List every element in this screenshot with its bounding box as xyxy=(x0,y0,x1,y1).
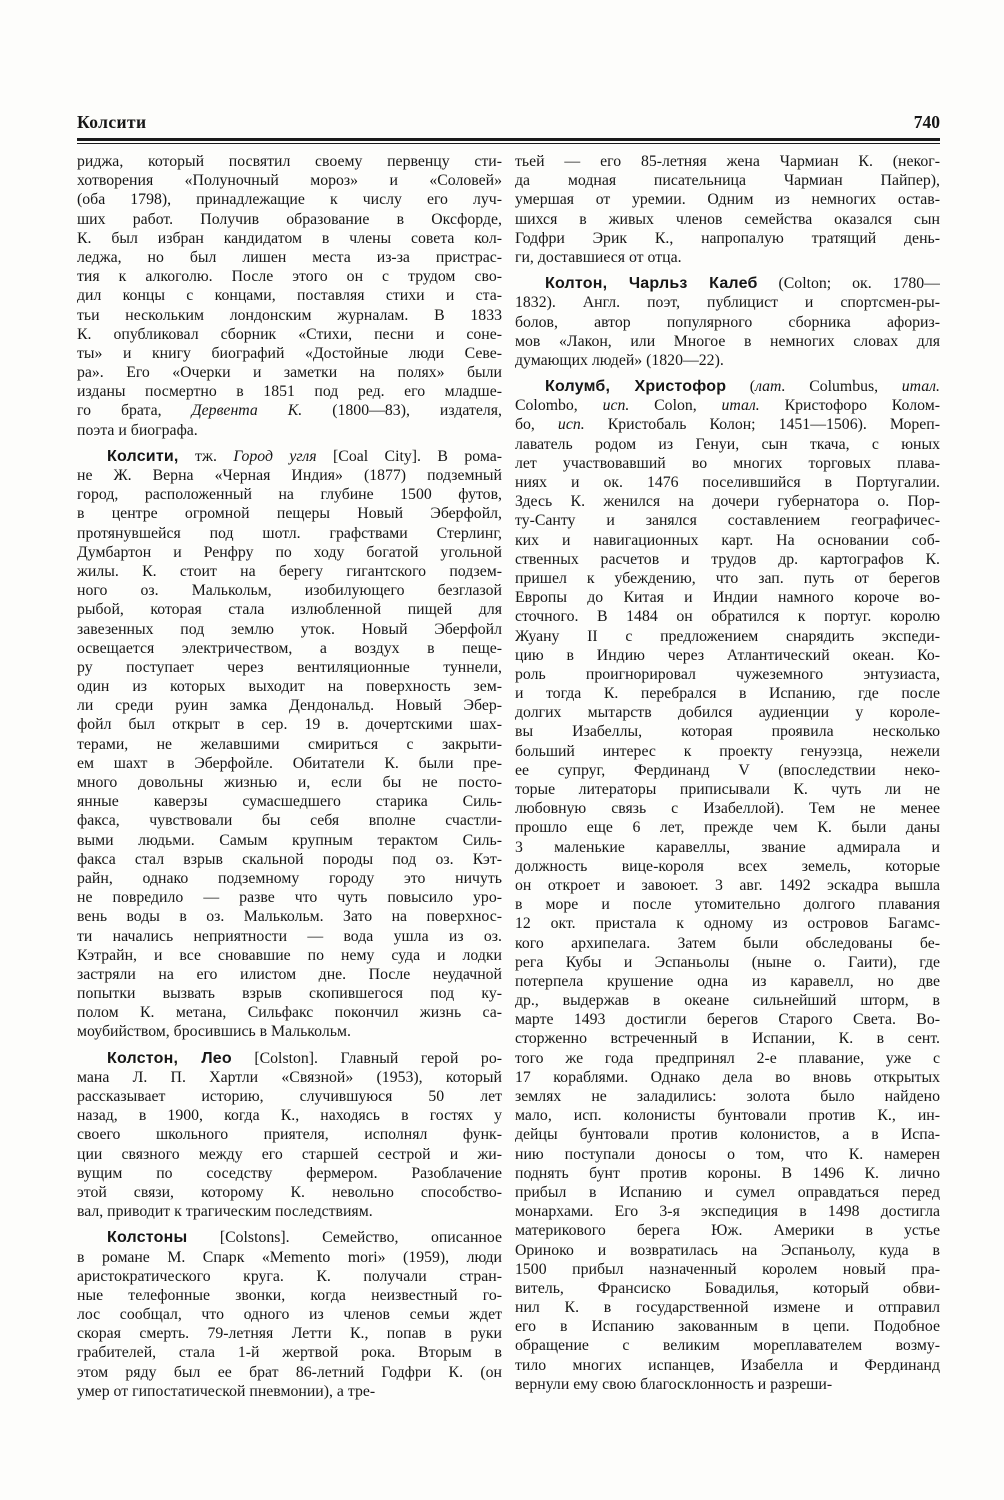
entry-paragraph: Колумб, Христофор (лат. Columbus, итал.C… xyxy=(515,377,940,1394)
text-run: дейцы бунтовали против колонистов, а в И… xyxy=(515,1126,940,1143)
italic-run: исп. xyxy=(558,416,585,433)
text-run: (1800—83), издателя, xyxy=(302,402,502,419)
text-run: думающих людей» (1820—22). xyxy=(515,352,724,369)
text-run: ( xyxy=(726,378,755,395)
text-run: мана Л. П. Хартли «Связной» (1953), кото… xyxy=(77,1069,502,1086)
entry-paragraph: Колтон, Чарльз Калеб (Colton; ок. 1780—1… xyxy=(515,274,940,370)
text-line: и тогда К. перебрался в Испанию, где пос… xyxy=(515,684,940,703)
text-run: сточного. В 1484 он обратился к португ. … xyxy=(515,608,940,625)
text-run: Европы до Китая и Индии намного короче в… xyxy=(515,589,940,606)
text-run: он откроет и завоюет. 3 авг. 1492 эскадр… xyxy=(515,877,940,894)
text-line: тьей — его 85-летняя жена Чармиан К. (не… xyxy=(515,152,940,171)
text-run: терами, не желавшими смириться с закрыти… xyxy=(77,736,502,753)
text-run: др., выдержав в океане сильнейший шторм,… xyxy=(515,992,940,1009)
text-run: ту-Санту и занялся составлением географи… xyxy=(515,512,940,529)
text-run: того же года предпринял 2-е плавание, уж… xyxy=(515,1050,940,1067)
text-run: этой связи, которому К. невольно способс… xyxy=(77,1184,502,1201)
text-line: выми людьми. Самым крупным терактом Силь… xyxy=(77,831,502,850)
text-run: янные каверзы сумасшедшего старика Силь- xyxy=(77,793,502,810)
text-run: Здесь К. женился на дочери губернатора о… xyxy=(515,493,940,510)
text-run: дил концы с концами, поставляя стихи и с… xyxy=(77,287,502,304)
text-line: больший интерес к проекту генуэзца, неже… xyxy=(515,742,940,761)
text-line: город, расположенный на глубине 1500 фут… xyxy=(77,485,502,504)
text-line: марте 1493 достигли берегов Старого Свет… xyxy=(515,1010,940,1029)
text-line: полом К. метана, Сильфакс покончил жизнь… xyxy=(77,1003,502,1022)
text-line: лет участвовавший во многих торговых пла… xyxy=(515,454,940,473)
text-line: (оба 1798), принадлежащие к числу его лу… xyxy=(77,190,502,209)
text-run: шихся в живых членов семейства оказался … xyxy=(515,211,940,228)
text-line: роль проигнорировал чужеземного энтузиас… xyxy=(515,665,940,684)
text-line: попытки вызвать взрыв скопившегося под к… xyxy=(77,984,502,1003)
text-run: не Ж. Верна «Черная Индия» (1877) подзем… xyxy=(77,467,502,484)
text-run: нию поступали доносы о том, что К. намер… xyxy=(515,1146,940,1163)
text-line: фойл был открыт в сер. 19 в. дочертскими… xyxy=(77,715,502,734)
text-line: лаватель родом из Генуи, сын ткача, с юн… xyxy=(515,435,940,454)
text-run: райн, однако подземному городу это ничут… xyxy=(77,870,502,887)
text-line: янные каверзы сумасшедшего старика Силь- xyxy=(77,792,502,811)
text-run: Кристобаль Колон; 1451—1506). Мореп- xyxy=(585,416,940,433)
text-line: вал, приводит к трагическим последствиям… xyxy=(77,1202,502,1221)
text-line: протянувшейся под шотл. графствами Стерл… xyxy=(77,524,502,543)
text-line: факса стал взрыв скальной породы под оз.… xyxy=(77,850,502,869)
text-run: монархами. Его 3-я экспедиция в 1498 дос… xyxy=(515,1203,940,1220)
text-run: торые литераторы приписывали К. чуть ли … xyxy=(515,781,940,798)
text-run: протянувшейся под шотл. графствами Стерл… xyxy=(77,525,502,542)
text-run: Colombo, xyxy=(515,397,603,414)
page-number: 740 xyxy=(914,112,940,133)
italic-run: итал. xyxy=(902,378,940,395)
entry-paragraph: Колстоны [Colstons]. Семейство, описанно… xyxy=(77,1228,502,1401)
text-run: ем шахт в Эберфойле. Обитатели К. были п… xyxy=(77,755,502,772)
text-line: думающих людей» (1820—22). xyxy=(515,351,940,370)
text-line: умершая от уремии. Одним из немногих ост… xyxy=(515,190,940,209)
text-run: тия к алкоголю. После этого он с трудом … xyxy=(77,268,502,285)
text-line: 12 окт. пристала к одному из островов Ба… xyxy=(515,914,940,933)
text-line: да модная писательница Чармиан Пайпер), xyxy=(515,171,940,190)
entry-headword: Колстон, Лео xyxy=(107,1050,232,1067)
italic-run: исп. xyxy=(603,397,630,414)
text-run: поэта и биографа. xyxy=(77,422,198,439)
text-run: вень воды в оз. Малькольм. Зато на повер… xyxy=(77,908,502,925)
text-line: дейцы бунтовали против колонистов, а в И… xyxy=(515,1125,940,1144)
text-run: лет участвовавший во многих торговых пла… xyxy=(515,455,940,472)
italic-run: итал. xyxy=(722,397,760,414)
text-run: фойл был открыт в сер. 19 в. дочертскими… xyxy=(77,716,502,733)
text-line: ли среди руин замка Дендональд. Новый Эб… xyxy=(77,696,502,715)
text-run: мов «Лакон, или Многое в немногих словах… xyxy=(515,333,940,350)
text-line: того же года предпринял 2-е плавание, уж… xyxy=(515,1049,940,1068)
text-run: грабителей, стала 1-й жертвой рока. Втор… xyxy=(77,1344,502,1361)
text-line: вущим по соседству фермером. Разоблачени… xyxy=(77,1164,502,1183)
text-run: тило многих испанцев, Изабелла и Фердина… xyxy=(515,1357,940,1374)
text-run: в море и после утомительно долгого плава… xyxy=(515,896,940,913)
text-line: ты» и книгу биографий «Достойные люди Се… xyxy=(77,344,502,363)
text-line: Годфри Эрик К., напропалую тратящий день… xyxy=(515,229,940,248)
text-run: аристократического круга. К. получали ст… xyxy=(77,1268,502,1285)
text-line: Думбартон и Ренфру по ходу богатой уголь… xyxy=(77,543,502,562)
text-line: Кэтрайн, и все сновавшие по нему суда и … xyxy=(77,946,502,965)
text-run: материкового берега Юж. Америки в устье xyxy=(515,1222,940,1239)
text-run: Кристофоро Колом- xyxy=(760,397,940,414)
text-line: нил К. в государственной измене и отправ… xyxy=(515,1298,940,1317)
text-line: Жуану II с предложением снарядить экспед… xyxy=(515,627,940,646)
text-run: ниях и ок. 1476 поселившийся в Португали… xyxy=(515,474,940,491)
text-line: Колстоны [Colstons]. Семейство, описанно… xyxy=(77,1228,502,1247)
text-run: моубийством, бросившись в Малькольм. xyxy=(77,1023,351,1040)
text-line: Колумб, Христофор (лат. Columbus, итал. xyxy=(515,377,940,396)
text-line: вы Изабеллы, которая проявила несколько xyxy=(515,722,940,741)
text-run: [Colstons]. Семейство, описанное xyxy=(187,1229,502,1246)
text-run: [Coal City]. В рома- xyxy=(317,448,502,465)
text-line: К. был избран кандидатом в члены совета … xyxy=(77,229,502,248)
text-run: назад, в 1900, когда К., находясь в гост… xyxy=(77,1107,502,1124)
text-line: лос сообщал, что одного из членов семьи … xyxy=(77,1305,502,1324)
italic-run: Дервента К. xyxy=(192,402,303,419)
text-line: хотворения «Полуночный мороз» и «Соловей… xyxy=(77,171,502,190)
text-line: ее супруг, Фердинанд V (впоследствии нек… xyxy=(515,761,940,780)
text-run: лос сообщал, что одного из членов семьи … xyxy=(77,1306,502,1323)
text-line: потерпела крушение одна из каравелл, но … xyxy=(515,972,940,991)
text-run: ших работ. Получив образование в Оксфорд… xyxy=(77,211,502,228)
text-line: цию в Индию через Атлантический океан. К… xyxy=(515,646,940,665)
text-line: не повредило — разве что чуть повысило у… xyxy=(77,888,502,907)
text-line: в море и после утомительно долгого плава… xyxy=(515,895,940,914)
text-run: больший интерес к проекту генуэзца, неже… xyxy=(515,743,940,760)
text-line: болов, автор популярного сборника афориз… xyxy=(515,313,940,332)
entry-headword: Колсити, xyxy=(107,448,179,465)
text-line: др., выдержав в океане сильнейший шторм,… xyxy=(515,991,940,1010)
text-run: вущим по соседству фермером. Разоблачени… xyxy=(77,1165,502,1182)
header-rule xyxy=(77,138,940,144)
text-run: факса, чувствовали бы себя вполне счастл… xyxy=(77,812,502,829)
text-line: ти начались неприятности — вода ушла из … xyxy=(77,927,502,946)
text-run: рыбой, которая стала излюбленной пищей д… xyxy=(77,601,502,618)
text-run: леджа, но был лишен места из-за пристрас… xyxy=(77,249,502,266)
text-columns: риджа, который посвятил своему первенцу … xyxy=(77,152,940,1401)
text-run: цию в Индию через Атлантический океан. К… xyxy=(515,647,940,664)
text-line: мов «Лакон, или Многое в немногих словах… xyxy=(515,332,940,351)
text-run: факса стал взрыв скальной породы под оз.… xyxy=(77,851,502,868)
text-line: Колсити, тж. Город угля [Coal City]. В р… xyxy=(77,447,502,466)
text-run: да модная писательница Чармиан Пайпер), xyxy=(515,172,940,189)
text-run: этом ряду был ее брат 86-летний Годфри К… xyxy=(77,1364,502,1381)
text-run: 12 окт. пристала к одному из островов Ба… xyxy=(515,915,940,932)
text-run: го брата, xyxy=(77,402,192,419)
text-run: Ориноко и возвратилась на Эспаньолу, куд… xyxy=(515,1242,940,1259)
running-title: Колсити xyxy=(77,112,147,133)
text-run: умер от гипостатической пневмонии), а тр… xyxy=(77,1383,375,1400)
text-line: 1500 прибыл назначенный королем новый пр… xyxy=(515,1260,940,1279)
text-line: дил концы с концами, поставляя стихи и с… xyxy=(77,286,502,305)
text-run: обращение с великим мореплавателем возму… xyxy=(515,1337,940,1354)
encyclopedia-page: Колсити 740 риджа, который посвятил свое… xyxy=(0,0,1004,1500)
text-line: сторженно встреченный в Испании, К. в се… xyxy=(515,1029,940,1048)
text-line: жилы. К. стоит на берегу гигантского под… xyxy=(77,562,502,581)
text-line: прибыл в Испанию и сумел оправдаться пер… xyxy=(515,1183,940,1202)
text-line: шихся в живых членов семейства оказался … xyxy=(515,210,940,229)
text-line: любовную связь с Изабеллой). Тем не мене… xyxy=(515,799,940,818)
text-run: К. опубликовал сборник «Стихи, песни и с… xyxy=(77,326,502,343)
text-line: ших работ. Получив образование в Оксфорд… xyxy=(77,210,502,229)
text-run: много довольны жизнью и, если бы не пост… xyxy=(77,774,502,791)
text-line: витель, Франсиско Бовадилья, который обв… xyxy=(515,1279,940,1298)
entry-headword: Колумб, Христофор xyxy=(545,378,726,395)
text-run: в центре огромной пещеры Новый Эберфойл, xyxy=(77,505,502,522)
text-run: ру поступает через вентиляционные туннел… xyxy=(77,659,502,676)
text-run: пришел к убеждению, что зап. путь от бер… xyxy=(515,570,940,587)
text-line: К. опубликовал сборник «Стихи, песни и с… xyxy=(77,325,502,344)
text-line: изданы посмертно в 1851 под ред. его мла… xyxy=(77,382,502,401)
text-run: ли среди руин замка Дендональд. Новый Эб… xyxy=(77,697,502,714)
entry-paragraph: Колсити, тж. Город угля [Coal City]. В р… xyxy=(77,447,502,1042)
text-line: факса, чувствовали бы себя вполне счастл… xyxy=(77,811,502,830)
text-run: поднять бунт против короны. В 1496 К. ли… xyxy=(515,1165,940,1182)
text-line: пришел к убеждению, что зап. путь от бер… xyxy=(515,569,940,588)
text-line: в центре огромной пещеры Новый Эберфойл, xyxy=(77,504,502,523)
text-run: хотворения «Полуночный мороз» и «Соловей… xyxy=(77,172,502,189)
text-run: сторженно встреченный в Испании, К. в се… xyxy=(515,1030,940,1047)
text-line: материкового берега Юж. Америки в устье xyxy=(515,1221,940,1240)
text-run: и тогда К. перебрался в Испанию, где пос… xyxy=(515,685,940,702)
text-line: вень воды в оз. Малькольм. Зато на повер… xyxy=(77,907,502,926)
text-line: бо, исп. Кристобаль Колон; 1451—1506). М… xyxy=(515,415,940,434)
text-line: тило многих испанцев, Изабелла и Фердина… xyxy=(515,1356,940,1375)
entry-headword: Колстоны xyxy=(107,1229,187,1246)
text-line: моубийством, бросившись в Малькольм. xyxy=(77,1022,502,1041)
text-run: тьей — его 85-летняя жена Чармиан К. (не… xyxy=(515,153,940,170)
text-line: Колстон, Лео [Colston]. Главный герой ро… xyxy=(77,1049,502,1068)
text-line: ру поступает через вентиляционные туннел… xyxy=(77,658,502,677)
text-run: ее супруг, Фердинанд V (впоследствии нек… xyxy=(515,762,940,779)
text-run: болов, автор популярного сборника афориз… xyxy=(515,314,940,331)
text-run: своего школьного приятеля, исполнял функ… xyxy=(77,1126,502,1143)
text-line: рассказывает историю, случившуюся 50 лет xyxy=(77,1087,502,1106)
text-run: любовную связь с Изабеллой). Тем не мене… xyxy=(515,800,940,817)
text-line: он откроет и завоюет. 3 авг. 1492 эскадр… xyxy=(515,876,940,895)
text-line: ции связного между его старшей сестрой и… xyxy=(77,1145,502,1164)
text-line: кого архипелага. Затем были обследованы … xyxy=(515,934,940,953)
text-line: прошло еще 6 лет, прежде чем К. были дан… xyxy=(515,818,940,837)
text-run: ные телефонные звонки, когда неизвестный… xyxy=(77,1287,502,1304)
text-line: ту-Санту и занялся составлением географи… xyxy=(515,511,940,530)
text-run: (оба 1798), принадлежащие к числу его лу… xyxy=(77,191,502,208)
text-run: ких и навигационных карт. На основании с… xyxy=(515,532,940,549)
text-run: прошло еще 6 лет, прежде чем К. были дан… xyxy=(515,819,940,836)
text-line: 1832). Англ. поэт, публицист и спортсмен… xyxy=(515,293,940,312)
text-run: 3 маленькие каравеллы, звание адмирала и xyxy=(515,839,940,856)
text-run: ты» и книгу биографий «Достойные люди Се… xyxy=(77,345,502,362)
text-line: ного оз. Малькольм, изобилующего безглаз… xyxy=(77,581,502,600)
text-run: (Colton; ок. 1780— xyxy=(758,275,940,292)
text-run: должность вице-короля всех земель, котор… xyxy=(515,858,940,875)
text-line: ра». Его «Очерки и заметки на полях» был… xyxy=(77,363,502,382)
text-line: в романе М. Спарк «Memento mori» (1959),… xyxy=(77,1248,502,1267)
text-run: попытки вызвать взрыв скопившегося под к… xyxy=(77,985,502,1002)
text-line: го брата, Дервента К. (1800—83), издател… xyxy=(77,401,502,420)
text-run: Кэтрайн, и все сновавшие по нему суда и … xyxy=(77,947,502,964)
text-line: Здесь К. женился на дочери губернатора о… xyxy=(515,492,940,511)
text-run: Columbus, xyxy=(786,378,902,395)
text-line: Европы до Китая и Индии намного короче в… xyxy=(515,588,940,607)
text-run: ги, доставшиеся от отца. xyxy=(515,249,682,266)
text-run: не повредило — разве что чуть повысило у… xyxy=(77,889,502,906)
text-line: этом ряду был ее брат 86-летний Годфри К… xyxy=(77,1363,502,1382)
text-run: 17 кораблями. Однако дела во вновь откры… xyxy=(515,1069,940,1086)
text-run: Годфри Эрик К., напропалую тратящий день… xyxy=(515,230,940,247)
text-run: К. был избран кандидатом в члены совета … xyxy=(77,230,502,247)
entry-headword: Колтон, Чарльз Калеб xyxy=(545,275,758,292)
text-run: вы Изабеллы, которая проявила несколько xyxy=(515,723,940,740)
text-line: грабителей, стала 1-й жертвой рока. Втор… xyxy=(77,1343,502,1362)
text-line: поднять бунт против короны. В 1496 К. ли… xyxy=(515,1164,940,1183)
text-run: прибыл в Испанию и сумел оправдаться пер… xyxy=(515,1184,940,1201)
text-run: рассказывает историю, случившуюся 50 лет xyxy=(77,1088,502,1105)
italic-run: лат. xyxy=(755,378,786,395)
text-line: леджа, но был лишен места из-за пристрас… xyxy=(77,248,502,267)
text-run: потерпела крушение одна из каравелл, но … xyxy=(515,973,940,990)
text-run: ного оз. Малькольм, изобилующего безглаз… xyxy=(77,582,502,599)
text-run: роль проигнорировал чужеземного энтузиас… xyxy=(515,666,940,683)
text-run: ции связного между его старшей сестрой и… xyxy=(77,1146,502,1163)
text-line: торые литераторы приписывали К. чуть ли … xyxy=(515,780,940,799)
text-line: ем шахт в Эберфойле. Обитатели К. были п… xyxy=(77,754,502,773)
entry-paragraph: Колстон, Лео [Colston]. Главный герой ро… xyxy=(77,1049,502,1222)
text-line: ниях и ок. 1476 поселившийся в Португали… xyxy=(515,473,940,492)
text-line: Колтон, Чарльз Калеб (Colton; ок. 1780— xyxy=(515,274,940,293)
text-line: скорая смерть. 79-летняя Летти К., попав… xyxy=(77,1324,502,1343)
text-run: Colon, xyxy=(629,397,721,414)
text-line: Colombo, исп. Colon, итал. Кристофоро Ко… xyxy=(515,396,940,415)
text-line: аристократического круга. К. получали ст… xyxy=(77,1267,502,1286)
text-line: 17 кораблями. Однако дела во вновь откры… xyxy=(515,1068,940,1087)
text-run: [Colston]. Главный герой ро- xyxy=(232,1050,502,1067)
text-run: ственных расчетов и трудов др. картограф… xyxy=(515,551,940,568)
text-line: терами, не желавшими смириться с закрыти… xyxy=(77,735,502,754)
text-run: освещается электричеством, а воздух в пе… xyxy=(77,640,502,657)
text-run: застряли на его илистом дне. После неуда… xyxy=(77,966,502,983)
text-line: риджа, который посвятил своему первенцу … xyxy=(77,152,502,171)
text-run: ра». Его «Очерки и заметки на полях» был… xyxy=(77,364,502,381)
text-line: его в Испанию закованным в цепи. Подобно… xyxy=(515,1317,940,1336)
text-run: риджа, который посвятил своему первенцу … xyxy=(77,153,502,170)
text-line: ственных расчетов и трудов др. картограф… xyxy=(515,550,940,569)
text-line: ные телефонные звонки, когда неизвестный… xyxy=(77,1286,502,1305)
text-run: жилы. К. стоит на берегу гигантского под… xyxy=(77,563,502,580)
right-column: тьей — его 85-летняя жена Чармиан К. (не… xyxy=(515,152,940,1401)
text-run: марте 1493 достигли берегов Старого Свет… xyxy=(515,1011,940,1028)
text-run: город, расположенный на глубине 1500 фут… xyxy=(77,486,502,503)
text-line: обращение с великим мореплавателем возму… xyxy=(515,1336,940,1355)
text-line: тьи нескольким лондонским журналам. В 18… xyxy=(77,306,502,325)
text-line: много довольны жизнью и, если бы не пост… xyxy=(77,773,502,792)
text-line: землях не заладились: золота было найден… xyxy=(515,1087,940,1106)
text-line: 3 маленькие каравеллы, звание адмирала и xyxy=(515,838,940,857)
text-line: нию поступали доносы о том, что К. намер… xyxy=(515,1145,940,1164)
text-line: ги, доставшиеся от отца. xyxy=(515,248,940,267)
text-run: умершая от уремии. Одним из немногих ост… xyxy=(515,191,940,208)
text-line: своего школьного приятеля, исполнял функ… xyxy=(77,1125,502,1144)
text-run: его в Испанию закованным в цепи. Подобно… xyxy=(515,1318,940,1335)
text-run: 1832). Англ. поэт, публицист и спортсмен… xyxy=(515,294,940,311)
text-line: освещается электричеством, а воздух в пе… xyxy=(77,639,502,658)
text-run: лаватель родом из Генуи, сын ткача, с юн… xyxy=(515,436,940,453)
text-line: застряли на его илистом дне. После неуда… xyxy=(77,965,502,984)
text-line: поэта и биографа. xyxy=(77,421,502,440)
entry-paragraph: тьей — его 85-летняя жена Чармиан К. (не… xyxy=(515,152,940,267)
text-run: кого архипелага. Затем были обследованы … xyxy=(515,935,940,952)
text-line: завезенных под землю уток. Новый Эберфой… xyxy=(77,620,502,639)
text-run: 1500 прибыл назначенный королем новый пр… xyxy=(515,1261,940,1278)
text-run: изданы посмертно в 1851 под ред. его мла… xyxy=(77,383,502,400)
text-run: Жуану II с предложением снарядить экспед… xyxy=(515,628,940,645)
text-line: монархами. Его 3-я экспедиция в 1498 дос… xyxy=(515,1202,940,1221)
left-column: риджа, который посвятил своему первенцу … xyxy=(77,152,502,1401)
text-line: сточного. В 1484 он обратился к португ. … xyxy=(515,607,940,626)
text-run: тьи нескольким лондонским журналам. В 18… xyxy=(77,307,502,324)
text-line: Ориноко и возвратилась на Эспаньолу, куд… xyxy=(515,1241,940,1260)
text-run: в романе М. Спарк «Memento mori» (1959),… xyxy=(77,1249,502,1266)
text-line: долгих мытарств добился аудиенции у коро… xyxy=(515,703,940,722)
text-run: рега Кубы и Эспаньолы (ныне о. Гаити), г… xyxy=(515,954,940,971)
text-line: не Ж. Верна «Черная Индия» (1877) подзем… xyxy=(77,466,502,485)
text-run: выми людьми. Самым крупным терактом Силь… xyxy=(77,832,502,849)
text-line: этой связи, которому К. невольно способс… xyxy=(77,1183,502,1202)
text-line: умер от гипостатической пневмонии), а тр… xyxy=(77,1382,502,1401)
text-run: тж. xyxy=(179,448,234,465)
page-header: Колсити 740 xyxy=(77,112,940,133)
text-line: ких и навигационных карт. На основании с… xyxy=(515,531,940,550)
text-line: должность вице-короля всех земель, котор… xyxy=(515,857,940,876)
text-run: скорая смерть. 79-летняя Летти К., попав… xyxy=(77,1325,502,1342)
text-line: рыбой, которая стала излюбленной пищей д… xyxy=(77,600,502,619)
text-run: землях не заладились: золота было найден… xyxy=(515,1088,940,1105)
text-run: долгих мытарств добился аудиенции у коро… xyxy=(515,704,940,721)
text-run: ти начались неприятности — вода ушла из … xyxy=(77,928,502,945)
text-run: вернули ему свою благосклонность и разре… xyxy=(515,1376,832,1393)
text-run: полом К. метана, Сильфакс покончил жизнь… xyxy=(77,1004,502,1021)
text-line: рега Кубы и Эспаньолы (ныне о. Гаити), г… xyxy=(515,953,940,972)
text-run: витель, Франсиско Бовадилья, который обв… xyxy=(515,1280,940,1297)
text-line: мало, исп. колонисты бунтовали против К.… xyxy=(515,1106,940,1125)
text-run: один из которых выходит на поверхность з… xyxy=(77,678,502,695)
text-line: тия к алкоголю. После этого он с трудом … xyxy=(77,267,502,286)
text-line: вернули ему свою благосклонность и разре… xyxy=(515,1375,940,1394)
text-line: райн, однако подземному городу это ничут… xyxy=(77,869,502,888)
text-line: один из которых выходит на поверхность з… xyxy=(77,677,502,696)
text-run: завезенных под землю уток. Новый Эберфой… xyxy=(77,621,502,638)
text-run: вал, приводит к трагическим последствиям… xyxy=(77,1203,373,1220)
italic-run: Город угля xyxy=(233,448,316,465)
text-run: мало, исп. колонисты бунтовали против К.… xyxy=(515,1107,940,1124)
text-run: Думбартон и Ренфру по ходу богатой уголь… xyxy=(77,544,502,561)
text-run: бо, xyxy=(515,416,558,433)
entry-paragraph: риджа, который посвятил своему первенцу … xyxy=(77,152,502,440)
text-line: мана Л. П. Хартли «Связной» (1953), кото… xyxy=(77,1068,502,1087)
text-line: назад, в 1900, когда К., находясь в гост… xyxy=(77,1106,502,1125)
text-run: нил К. в государственной измене и отправ… xyxy=(515,1299,940,1316)
